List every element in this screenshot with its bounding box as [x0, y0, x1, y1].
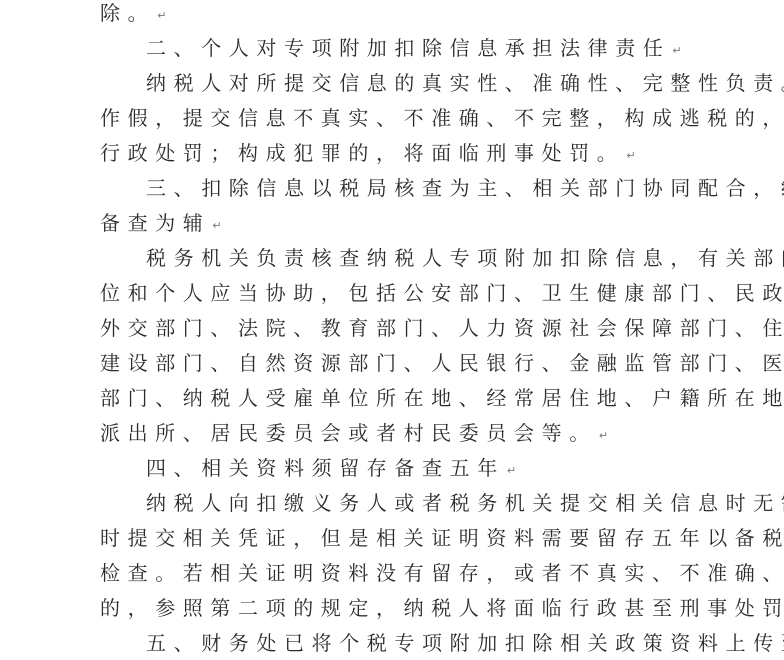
line-text: 建设部门、自然资源部门、人民银行、金融监管部门、医疗保障 — [100, 351, 784, 375]
section-heading-5: 五、财务处已将个税专项附加扣除相关政策资料上传至学校 — [100, 626, 700, 660]
text-line: 作假，提交信息不真实、不准确、不完整，构成逃税的，将面临 — [100, 101, 700, 136]
paragraph-mark-icon: ↵ — [157, 9, 166, 22]
text-line: 的，参照第二项的规定，纳税人将面临行政甚至刑事处罚。↵ — [100, 591, 700, 626]
text-line: 备查为辅↵ — [100, 206, 700, 241]
line-text: 备查为辅 — [100, 211, 210, 235]
paragraph-mark-icon: ↵ — [507, 464, 516, 477]
line-text: 部门、纳税人受雇单位所在地、经常居住地、户籍所在地的公安 — [100, 386, 784, 410]
line-text: 外交部门、法院、教育部门、人力资源社会保障部门、住房城乡 — [100, 316, 784, 340]
text-line: 纳税人对所提交信息的真实性、准确性、完整性负责。弄虚 — [100, 66, 700, 101]
text-line: 行政处罚；构成犯罪的，将面临刑事处罚。↵ — [100, 136, 700, 171]
text-line: 派出所、居民委员会或者村民委员会等。↵ — [100, 416, 700, 451]
line-text: 纳税人对所提交信息的真实性、准确性、完整性负责。弄虚 — [146, 71, 784, 95]
paragraph-mark-icon: ↵ — [626, 149, 635, 162]
text-line: 时提交相关凭证，但是相关证明资料需要留存五年以备税务机关 — [100, 521, 700, 556]
line-text: 行政处罚；构成犯罪的，将面临刑事处罚。 — [100, 141, 624, 165]
section-heading-3: 三、扣除信息以税局核查为主、相关部门协同配合，纳税人 — [100, 171, 700, 206]
line-text: 的，参照第二项的规定，纳税人将面临行政甚至刑事处罚。 — [100, 596, 784, 620]
line-text: 作假，提交信息不真实、不准确、不完整，构成逃税的，将面临 — [100, 106, 784, 130]
line-text: 五、财务处已将个税专项附加扣除相关政策资料上传至学校 — [146, 631, 784, 655]
line-text: 除。 — [100, 1, 155, 25]
line-text: 位和个人应当协助，包括公安部门、卫生健康部门、民政部门、 — [100, 281, 784, 305]
line-text: 派出所、居民委员会或者村民委员会等。 — [100, 421, 597, 445]
line-text: 检查。若相关证明资料没有留存，或者不真实、不准确、不完整 — [100, 561, 784, 585]
paragraph-mark-icon: ↵ — [212, 219, 221, 232]
text-line: 检查。若相关证明资料没有留存，或者不真实、不准确、不完整 — [100, 556, 700, 591]
text-line: 税务机关负责核查纳税人专项附加扣除信息，有关部门、单 — [100, 241, 700, 276]
paragraph-mark-icon: ↵ — [599, 429, 608, 442]
document-page: 除。↵ 二、个人对专项附加扣除信息承担法律责任↵ 纳税人对所提交信息的真实性、准… — [100, 0, 700, 660]
paragraph-mark-icon: ↵ — [672, 44, 681, 57]
section-heading-4: 四、相关资料须留存备查五年↵ — [100, 451, 700, 486]
text-line: 外交部门、法院、教育部门、人力资源社会保障部门、住房城乡 — [100, 311, 700, 346]
text-line: 位和个人应当协助，包括公安部门、卫生健康部门、民政部门、 — [100, 276, 700, 311]
line-text: 四、相关资料须留存备查五年 — [146, 456, 505, 480]
line-text: 时提交相关凭证，但是相关证明资料需要留存五年以备税务机关 — [100, 526, 784, 550]
line-text: 纳税人向扣缴义务人或者税务机关提交相关信息时无需同 — [146, 491, 784, 515]
text-line: 部门、纳税人受雇单位所在地、经常居住地、户籍所在地的公安 — [100, 381, 700, 416]
text-line: 纳税人向扣缴义务人或者税务机关提交相关信息时无需同 — [100, 486, 700, 521]
section-heading-2: 二、个人对专项附加扣除信息承担法律责任↵ — [100, 31, 700, 66]
line-text: 二、个人对专项附加扣除信息承担法律责任 — [146, 36, 670, 60]
line-text: 税务机关负责核查纳税人专项附加扣除信息，有关部门、单 — [146, 246, 784, 270]
text-line: 除。↵ — [100, 0, 700, 31]
line-text: 三、扣除信息以税局核查为主、相关部门协同配合，纳税人 — [146, 176, 784, 200]
text-line: 建设部门、自然资源部门、人民银行、金融监管部门、医疗保障 — [100, 346, 700, 381]
